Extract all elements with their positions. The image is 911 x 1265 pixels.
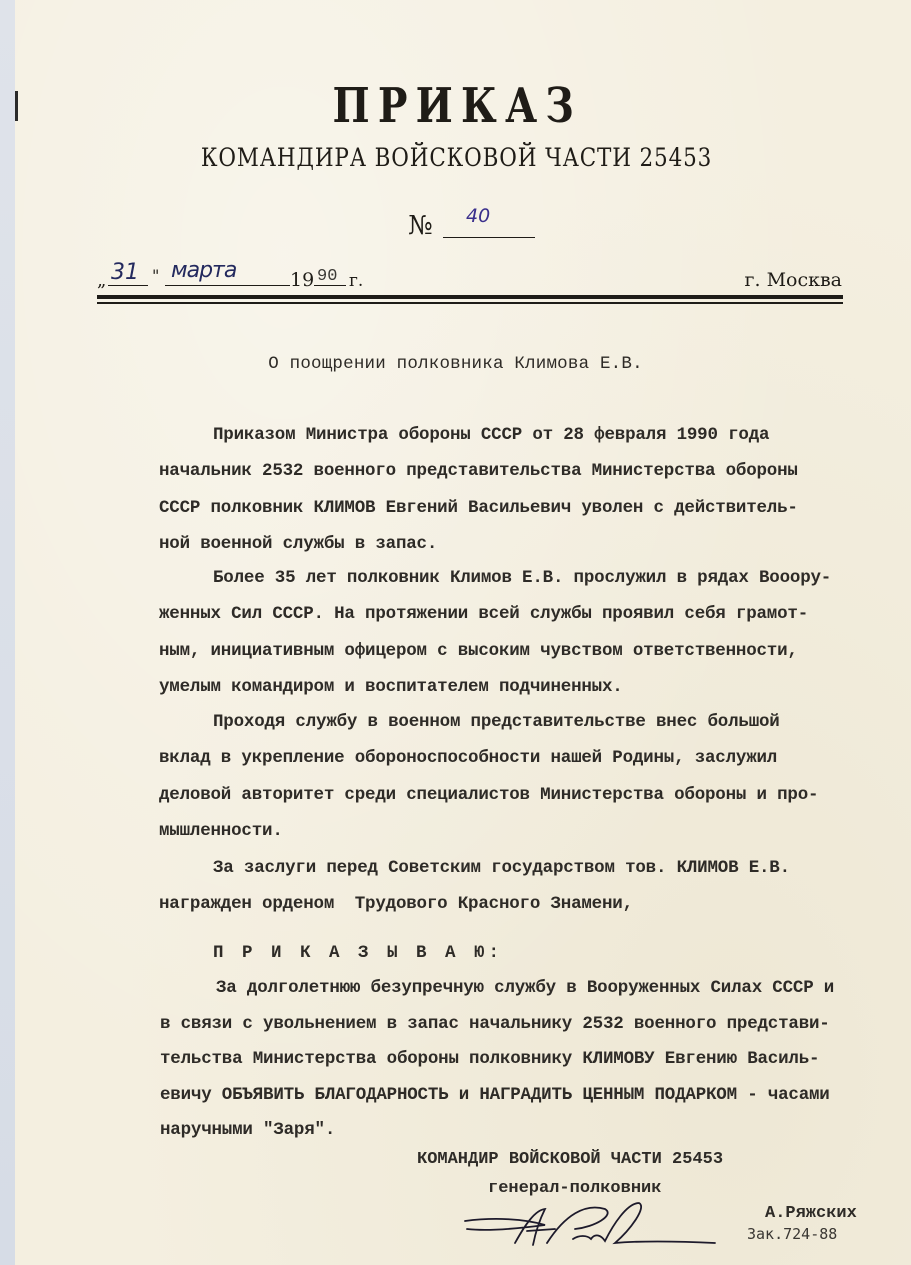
date-line: „ 31 " марта 19 90 г. г. Москва [97,262,842,292]
body-line: деловой авторитет среди специалистов Мин… [159,785,818,805]
margin-mark [15,91,18,121]
body-line: умелым командиром и воспитателем подчине… [159,677,623,697]
directive-line: наручными "Заря". [160,1120,335,1140]
date-day: 31 [111,260,139,285]
signatory-position: КОМАНДИР ВОЙСКОВОЙ ЧАСТИ 25453 [417,1150,723,1169]
print-order-code: Зак.724-88 [747,1225,837,1243]
signature-icon [455,1195,725,1255]
directive-line: За долголетнюю безупречную службу в Воор… [216,978,834,998]
body-line: За заслуги перед Советским государством … [213,858,790,878]
body-line: начальник 2532 военного представительств… [159,461,798,481]
paper-sheet [15,0,911,1265]
city: г. Москва [745,269,842,291]
month-underline [165,285,290,286]
day-underline [108,285,148,286]
date-month: марта [171,258,236,283]
document-subtitle: КОМАНДИРА ВОЙСКОВОЙ ЧАСТИ 25453 [65,143,848,172]
body-line: Приказом Министра обороны СССР от 28 фев… [213,425,769,445]
body-line: Проходя службу в военном представительст… [213,712,780,732]
body-line: награжден орденом Трудового Красного Зна… [159,894,633,914]
signatory-name: А.Ряжских [765,1204,857,1223]
number-sign: № [408,211,433,241]
body-line: ным, инициативным офицером с высоким чув… [159,641,798,661]
date-open-quote: „ [97,270,106,291]
date-year: 90 [317,267,337,286]
number-underline [443,237,535,238]
date-close-quote: " [152,266,159,285]
directive-line: тельства Министерства обороны полковнику… [160,1049,819,1069]
date-century: 19 [290,269,314,291]
document-title: ПРИКАЗ [84,78,831,134]
header-rule-thin [97,302,843,304]
directive-line: евичу ОБЪЯВИТЬ БЛАГОДАРНОСТЬ и НАГРАДИТЬ… [160,1085,830,1105]
body-line: ной военной службы в запас. [159,534,437,554]
body-line: Более 35 лет полковник Климов Е.В. просл… [213,568,831,588]
body-line: вклад в укрепление обороноспособности на… [159,748,777,768]
order-heading: О поощрении полковника Климова Е.В. [0,354,911,374]
date-year-suffix: г. [349,271,363,291]
header-rule-thick [97,295,843,299]
body-line: женных Сил СССР. На протяжении всей служ… [159,604,808,624]
number-value: 40 [466,205,490,227]
body-line: СССР полковник КЛИМОВ Евгений Васильевич… [159,498,798,518]
order-directive-word: П Р И К А З Ы В А Ю: [213,943,503,963]
body-line: мышленности. [159,821,283,841]
directive-line: в связи с увольнением в запас начальнику… [160,1014,830,1034]
